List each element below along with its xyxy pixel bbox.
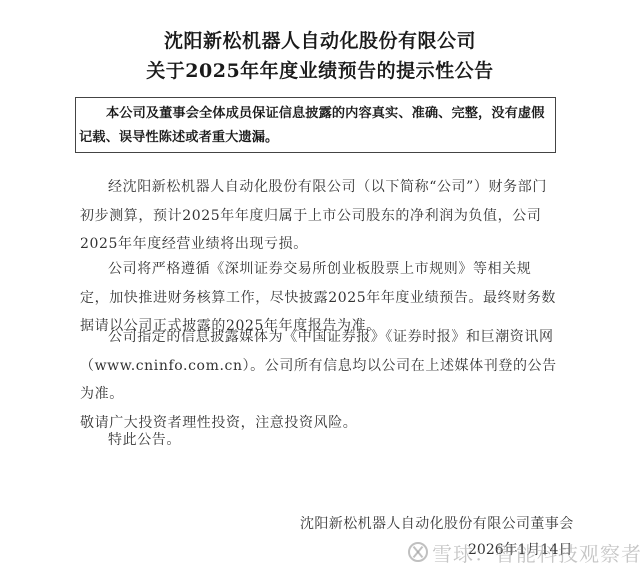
announcement-title: 关于2025年年度业绩预告的提示性公告 — [0, 56, 640, 83]
disclaimer-box: 本公司及董事会全体成员保证信息披露的内容真实、准确、完整，没有虚假记载、误导性陈… — [75, 97, 556, 153]
closing-statement: 特此公告。 — [108, 429, 181, 449]
media-line-2: （www.cninfo.com.cn）。公司所有信息均以公司在上述媒体刊登的公告… — [80, 352, 560, 409]
xueqiu-logo-icon — [408, 542, 428, 562]
board-signature: 沈阳新松机器人自动化股份有限公司董事会 — [300, 513, 574, 533]
company-name-heading: 沈阳新松机器人自动化股份有限公司 — [0, 26, 640, 53]
media-line-1: 公司指定的信息披露媒体为《中国证券报》《证券时报》和巨潮资讯网 — [80, 323, 560, 352]
watermark-text: 雪球：智能科技观察者 — [432, 538, 640, 567]
watermark: 雪球：智能科技观察者 — [408, 539, 640, 565]
paragraph-forecast: 经沈阳新松机器人自动化股份有限公司（以下简称“公司”）财务部门初步测算，预计20… — [80, 173, 560, 259]
paragraph-media: 公司指定的信息披露媒体为《中国证券报》《证券时报》和巨潮资讯网 （www.cni… — [80, 323, 560, 437]
